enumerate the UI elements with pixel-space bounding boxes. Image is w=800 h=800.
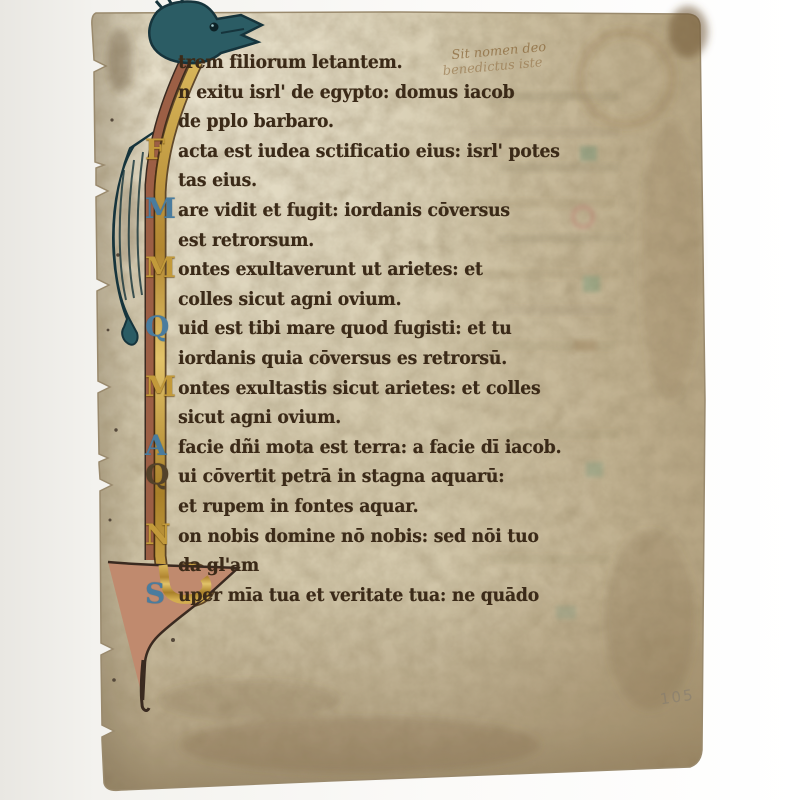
text-line: et rupem in fontes aquar.	[178, 492, 656, 522]
text-line-content: ontes exultastis sicut arietes: et colle…	[178, 374, 540, 404]
text-line-content: colles sicut agni ovium.	[178, 285, 401, 315]
text-line-content: et rupem in fontes aquar.	[178, 492, 418, 522]
versal-initial: N	[145, 518, 171, 552]
text-line-content: on nobis domine nō nobis: sed nōi tuo	[178, 522, 539, 552]
text-line: Quid est tibi mare quod fugisti: et tu	[178, 314, 656, 344]
text-line-content: facie dñi mota est terra: a facie dī iac…	[178, 433, 561, 463]
versal-initial: S	[145, 577, 165, 611]
manuscript-photo: trem filiorum letantem. n exitu isrl' de…	[0, 0, 800, 800]
text-line-content: trem filiorum letantem.	[178, 48, 402, 78]
text-line: sicut agni ovium.	[178, 403, 656, 433]
text-line-content: uper mīa tua et veritate tua: ne quādo	[178, 581, 539, 611]
text-line: Super mīa tua et veritate tua: ne quādo	[178, 581, 656, 611]
text-line: de pplo barbaro.	[178, 107, 656, 137]
text-line-content: uid est tibi mare quod fugisti: et tu	[178, 314, 512, 344]
versal-initial: M	[145, 192, 176, 226]
text-line-content: de pplo barbaro.	[178, 107, 334, 137]
text-line-content: sicut agni ovium.	[178, 403, 341, 433]
text-line-content: iordanis quia cōversus es retrorsū.	[178, 344, 507, 374]
text-line: Montes exultaverunt ut arietes: et	[178, 255, 656, 285]
text-line: Montes exultastis sicut arietes: et coll…	[178, 374, 656, 404]
text-line: da gl'am	[178, 551, 656, 581]
text-line: trem filiorum letantem.	[178, 48, 656, 78]
text-line: tas eius.	[178, 166, 656, 196]
text-line-content: acta est iudea sctificatio eius: isrl' p…	[178, 137, 560, 167]
versal-initial: F	[145, 133, 165, 167]
text-line: Afacie dñi mota est terra: a facie dī ia…	[178, 433, 656, 463]
text-line: est retrorsum.	[178, 226, 656, 256]
text-line-content: ui cōvertit petrā in stagna aquarū:	[178, 462, 504, 492]
text-line-content: ontes exultaverunt ut arietes: et	[178, 255, 483, 285]
text-line-content: est retrorsum.	[178, 226, 314, 256]
versal-initial: Q	[145, 458, 169, 492]
versal-initial: M	[145, 251, 176, 285]
text-line: iordanis quia cōversus es retrorsū.	[178, 344, 656, 374]
psalm-text-block: trem filiorum letantem. n exitu isrl' de…	[178, 48, 656, 610]
versal-initial: M	[145, 370, 176, 404]
text-line-content: are vidit et fugit: iordanis cōversus	[178, 196, 510, 226]
versal-initial: Q	[145, 310, 169, 344]
text-line: Mare vidit et fugit: iordanis cōversus	[178, 196, 656, 226]
text-line-content: n exitu isrl' de egypto: domus iacob	[178, 78, 514, 108]
versal-initial: A	[145, 429, 167, 463]
text-line: Qui cōvertit petrā in stagna aquarū:	[178, 462, 656, 492]
text-line-content: tas eius.	[178, 166, 257, 196]
text-line-content: da gl'am	[178, 551, 259, 581]
text-line: Facta est iudea sctificatio eius: isrl' …	[178, 137, 656, 167]
text-line: colles sicut agni ovium.	[178, 285, 656, 315]
text-line: n exitu isrl' de egypto: domus iacob	[178, 78, 656, 108]
text-line: Non nobis domine nō nobis: sed nōi tuo	[178, 522, 656, 552]
